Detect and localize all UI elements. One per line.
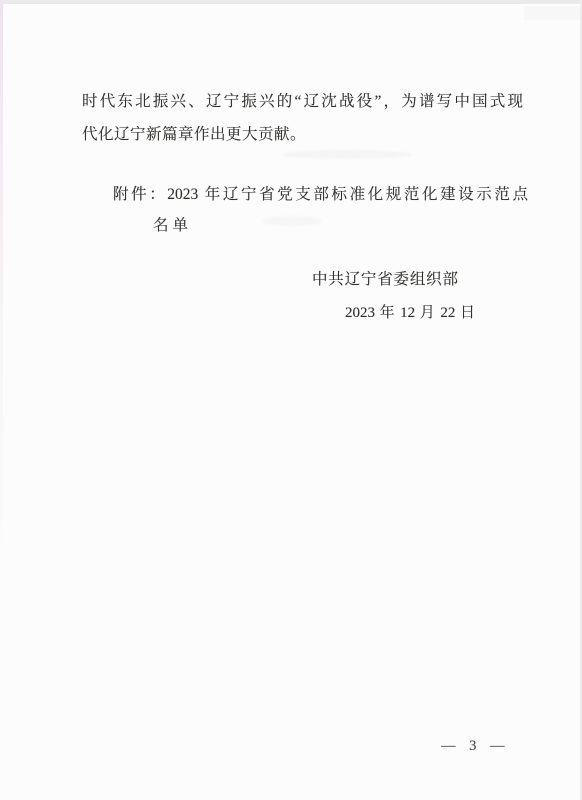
body-paragraph-line-2: 代化辽宁新篇章作出更大贡献。 [82, 125, 306, 145]
scanned-document-page: 时代东北振兴、辽宁振兴的“辽沈战役”，为谱写中国式现 代化辽宁新篇章作出更大贡献… [0, 0, 582, 800]
body-paragraph-line-1: 时代东北振兴、辽宁振兴的“辽沈战役”，为谱写中国式现 [82, 92, 523, 112]
scan-smudge [262, 216, 322, 226]
scan-edge-top [0, 0, 582, 4]
scan-corner-artifact [524, 6, 580, 20]
signature-date: 2023 年 12 月 22 日 [345, 303, 475, 323]
scan-smudge [282, 150, 412, 159]
attachment-reference-line-2: 名单 [153, 216, 192, 236]
scan-edge-left [0, 4, 3, 564]
page-number: — 3 — [441, 737, 510, 755]
attachment-reference-line-1: 附件：2023 年辽宁省党支部标准化规范化建设示范点 [113, 185, 528, 205]
signature-organization: 中共辽宁省委组织部 [312, 270, 458, 290]
